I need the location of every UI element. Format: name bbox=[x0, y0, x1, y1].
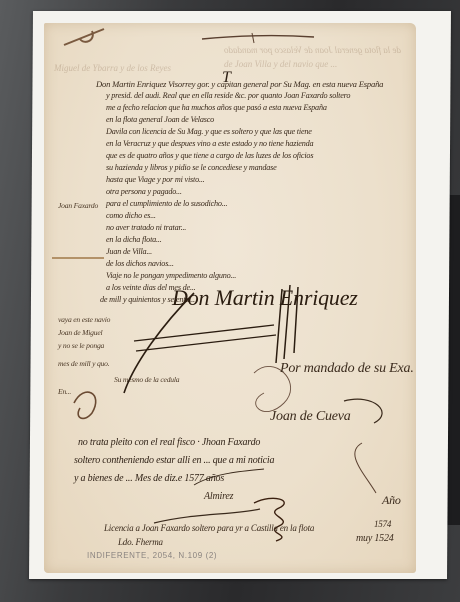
signature-secondary: Por mandado de su Exa. bbox=[280, 361, 414, 377]
corner-note: 1574 bbox=[374, 519, 391, 529]
corner-note: Año bbox=[382, 493, 401, 508]
small-signature: Almirez bbox=[204, 491, 233, 502]
countersign: Joan de Cueva bbox=[270, 409, 351, 425]
manuscript-page: de la flota general Joan de Velasco por … bbox=[44, 23, 416, 573]
final-line: Licencia a Joan Faxardo soltero para yr … bbox=[104, 523, 314, 533]
final-line-2: Ldo. Fherma bbox=[118, 537, 163, 547]
closing-line: soltero contheniendo estar alli en ... q… bbox=[74, 455, 274, 466]
signature-main: Don Martin Enriquez bbox=[172, 285, 358, 311]
closing-line: y a bienes de ... Mes de diz.e 1577 años bbox=[74, 473, 224, 484]
archival-reference: INDIFERENTE, 2054, N.109 (2) bbox=[87, 551, 217, 560]
closing-line: no trata pleito con el real fisco · Jhoa… bbox=[78, 437, 260, 448]
corner-note: muy 1524 bbox=[356, 533, 394, 544]
